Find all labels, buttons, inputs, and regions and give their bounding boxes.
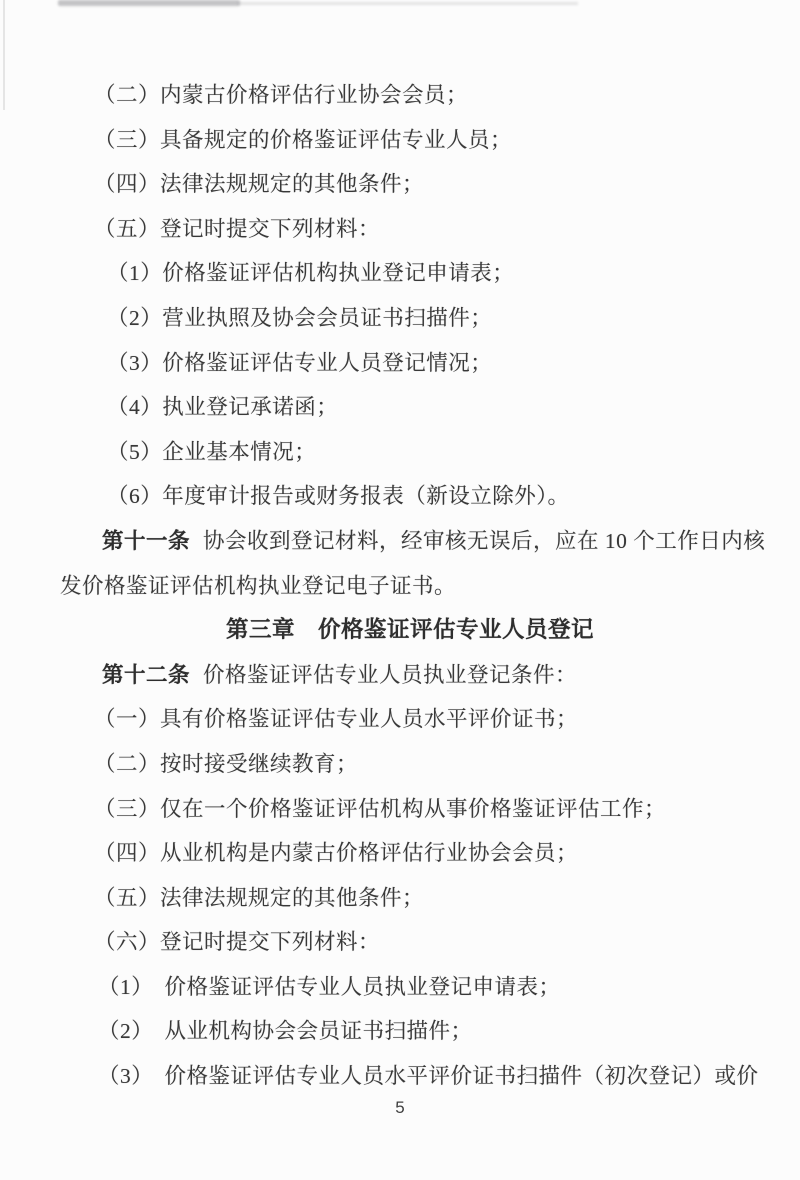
- scan-artifact-top-streak: [238, 2, 578, 5]
- scan-artifact-top: [58, 0, 240, 6]
- document-content: （二）内蒙古价格评估行业协会会员；（三）具备规定的价格鉴证评估专业人员；（四）法…: [60, 73, 770, 1099]
- chapter-heading: 第三章 价格鉴证评估专业人员登记: [60, 608, 770, 653]
- article-number: 第十二条: [102, 663, 190, 687]
- document-line: （5）企业基本情况；: [60, 430, 770, 475]
- article-number: 第十一条: [102, 529, 190, 553]
- document-line: （五）法律法规规定的其他条件；: [60, 876, 770, 921]
- document-line: （四）从业机构是内蒙古价格评估行业协会会员；: [60, 831, 770, 876]
- document-line: （三）仅在一个价格鉴证评估机构从事价格鉴证评估工作；: [60, 787, 770, 832]
- document-line: （三）具备规定的价格鉴证评估专业人员；: [60, 118, 770, 163]
- document-line: （2）营业执照及协会会员证书扫描件；: [60, 296, 770, 341]
- document-line: （一）具有价格鉴证评估专业人员水平评价证书；: [60, 697, 770, 742]
- document-line: 第十二条价格鉴证评估专业人员执业登记条件：: [60, 653, 770, 698]
- page-number: 5: [0, 1098, 800, 1118]
- scan-artifact-left-edge: [3, 0, 5, 110]
- document-line: 第十一条协会收到登记材料，经审核无误后，应在 10 个工作日内核: [60, 519, 770, 564]
- document-line: （4）执业登记承诺函；: [60, 385, 770, 430]
- document-line: 发价格鉴证评估机构执业登记电子证书。: [60, 564, 770, 609]
- document-line: （3）价格鉴证评估专业人员登记情况；: [60, 341, 770, 386]
- document-line: （6）年度审计报告或财务报表（新设立除外）。: [60, 474, 770, 519]
- document-line: （1）价格鉴证评估机构执业登记申请表；: [60, 251, 770, 296]
- document-line: （二）按时接受继续教育；: [60, 742, 770, 787]
- document-line: （六）登记时提交下列材料：: [60, 920, 770, 965]
- document-line: （1） 价格鉴证评估专业人员执业登记申请表；: [60, 965, 770, 1010]
- document-line: （二）内蒙古价格评估行业协会会员；: [60, 73, 770, 118]
- document-line: （2） 从业机构协会会员证书扫描件；: [60, 1009, 770, 1054]
- document-line: （四）法律法规规定的其他条件；: [60, 162, 770, 207]
- document-page: （二）内蒙古价格评估行业协会会员；（三）具备规定的价格鉴证评估专业人员；（四）法…: [0, 0, 800, 1180]
- document-line: （3） 价格鉴证评估专业人员水平评价证书扫描件（初次登记）或价: [60, 1054, 770, 1099]
- document-line: （五）登记时提交下列材料：: [60, 207, 770, 252]
